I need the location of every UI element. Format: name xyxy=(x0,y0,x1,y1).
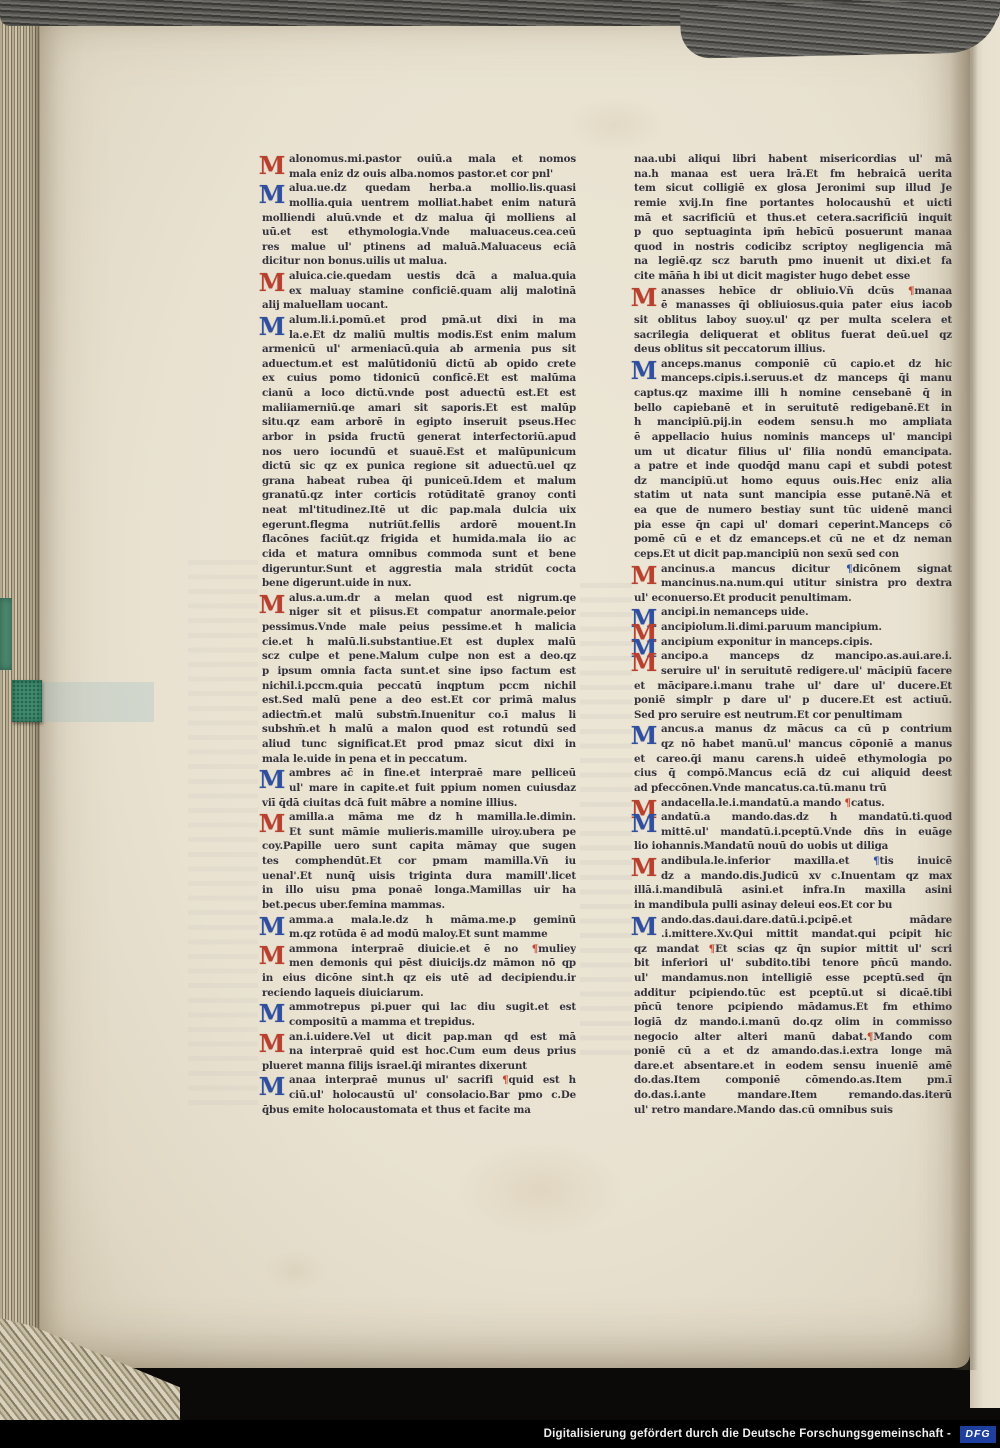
text-line: maliiamerniū.qe amari sit saporis.Et est… xyxy=(262,401,576,416)
caption-bar: Digitalisierung gefördert durch die Deut… xyxy=(0,1420,1000,1448)
text-line: na interpraē quid est hoc.Cum eum deus p… xyxy=(262,1044,576,1059)
dictionary-entry: Mamma.a mala.le.dz h māma.me.p geminūm.q… xyxy=(262,913,576,942)
illuminated-initial: M xyxy=(257,1073,287,1101)
text-line: ul' econuerso.Et producit penultimam. xyxy=(634,591,952,606)
text-line: ad pfeccōnen.Vnde mancatus.ca.tū.manu tr… xyxy=(634,781,952,796)
dictionary-entry: Malum.li.i.pomū.et prod pmā.ut dixi in m… xyxy=(262,313,576,591)
text-line: bit inferiori ul' subdito.tibi tenore pn… xyxy=(634,956,952,971)
text-line: deus oblitus sit peccatorum illius. xyxy=(634,342,952,357)
text-line: pia esse q̄n capi ul' domari ceperint.Ma… xyxy=(634,518,952,533)
text-line: p quo septuaginta ipm̄ hebīcū posuerunt … xyxy=(634,225,952,240)
paragraph-mark: ¶ xyxy=(846,563,852,575)
text-line: ando.das.daui.dare.datū.i.pcipē.et mādar… xyxy=(634,913,952,928)
text-line: niger sit et piisus.Et compatur anormale… xyxy=(262,605,576,620)
illuminated-initial: M xyxy=(257,766,287,794)
text-line: do.das.Item componiē cōmendo.as.Item pm.… xyxy=(634,1073,952,1088)
text-line: seruire ul' in seruitutē redigere.ul' mā… xyxy=(634,664,952,679)
text-line: aliud tunc significat.Et prod pmaz sicut… xyxy=(262,737,576,752)
page-gutter-shadow xyxy=(950,14,978,1370)
text-line: ul' mare in capite.et fuit ppium nomen c… xyxy=(262,781,576,796)
text-line: ancipo.a manceps dz mancipo.as.aui.are.i… xyxy=(634,649,952,664)
book-photo: Malonomus.mi.pastor ouiū.a mala et nomos… xyxy=(0,0,1000,1420)
text-line: aluica.cie.quedam uestis dcā a malua.qui… xyxy=(262,269,576,284)
text-line: ancipi.in nemanceps uide. xyxy=(634,605,952,620)
dictionary-entry: Mancipi.in nemanceps uide. xyxy=(634,605,952,620)
text-line: a patre et inde quodq̄d manu capi et sub… xyxy=(634,459,952,474)
text-line: neat ml'titudinez.Itē ut dic pap.mala du… xyxy=(262,503,576,518)
paragraph-mark: ¶ xyxy=(873,855,879,867)
dictionary-entry: Mandacella.le.i.mandatū.a mando ¶catus. xyxy=(634,796,952,811)
text-line: ancipium exponitur in manceps.cipis. xyxy=(634,635,952,650)
text-column-right: naa.ubi aliqui libri habent misericordia… xyxy=(634,152,952,1117)
bookmark-stain xyxy=(42,682,154,722)
dictionary-entry: Mamilla.a māma me dz h mamilla.le.dimin.… xyxy=(262,810,576,912)
text-line: uū.et est ethymologia.Vnde maluaceus.cea… xyxy=(262,225,576,240)
dictionary-entry: Malonomus.mi.pastor ouiū.a mala et nomos… xyxy=(262,152,576,181)
text-line: alum.li.i.pomū.et prod pmā.ut dixi in ma xyxy=(262,313,576,328)
text-line: ea que de numero bestiay sunt tūc uidenē… xyxy=(634,503,952,518)
text-line: negocio alter alteri manū dabat.¶Mando c… xyxy=(634,1030,952,1045)
text-line: andatū.a mando.das.dz h mandatū.ti.quod xyxy=(634,810,952,825)
illuminated-initial: M xyxy=(257,913,287,941)
text-line: .i.mittere.Xv.Qui mittit mandat.qui pcip… xyxy=(634,927,952,942)
text-line: nichil.i.pccm.quia peccatū inqptum pccm … xyxy=(262,679,576,694)
paragraph-mark: ¶ xyxy=(532,943,538,955)
text-line: pessimus.Vnde male peius pessime.et h ma… xyxy=(262,620,576,635)
illuminated-initial: M xyxy=(257,269,287,297)
text-line: in mandibula pulli asinay deleui eos.Et … xyxy=(634,898,952,913)
text-line: ancipiolum.li.dimi.paruum mancipium. xyxy=(634,620,952,635)
text-line: granatū.qz inter corticis rotūditatē gra… xyxy=(262,488,576,503)
text-line: aduectum.et est malūtidoniū dictū ab opi… xyxy=(262,357,576,372)
illuminated-initial: M xyxy=(257,181,287,209)
text-line: cie.et h malū.li.substantiue.Et est dupl… xyxy=(262,635,576,650)
text-line: egerunt.flegma nutriūt.fellis ardorē mou… xyxy=(262,518,576,533)
text-line: cite mān̄a h ibi ut dicit magister hugo … xyxy=(634,269,952,284)
text-line: Sed pro seruire est neutrum.Et cor penul… xyxy=(634,708,952,723)
dictionary-entry: Mandatū.a mando.das.dz h mandatū.ti.quod… xyxy=(634,810,952,854)
text-line: situ.qz eam arborē in egipto inseruit ps… xyxy=(262,415,576,430)
text-line: anaa interpraē munus ul' sacrifi ¶quid e… xyxy=(262,1073,576,1088)
text-line: dictū sic qz ex punica regione sit aduec… xyxy=(262,459,576,474)
text-line: amilla.a māma me dz h mamilla.le.dimin. xyxy=(262,810,576,825)
text-line: plueret manna filijs israel.q̄i mirantes… xyxy=(262,1059,576,1074)
text-line: tem sicut colligiē ex glosa Jeronimi sup… xyxy=(634,181,952,196)
text-line: mittē.ul' mandatū.i.pceptū.Vnde dn̄s in … xyxy=(634,825,952,840)
text-line: alonomus.mi.pastor ouiū.a mala et nomos xyxy=(262,152,576,167)
dictionary-entry: Mancipo.a manceps dz mancipo.as.aui.are.… xyxy=(634,649,952,722)
text-line: andacella.le.i.mandatū.a mando ¶catus. xyxy=(634,796,952,811)
text-line: nos uero iocundū et suauē.Est et malūpun… xyxy=(262,445,576,460)
text-line: subshm̄.et h malū a malon quod est rotun… xyxy=(262,722,576,737)
illuminated-initial: M xyxy=(629,913,659,941)
dictionary-entry: Manceps.manus componiē cū capio.et dz hi… xyxy=(634,357,952,562)
text-line: ciū.ul' holocaustū ul' consolacio.Bar pm… xyxy=(262,1088,576,1103)
text-line: mala le.uide in pena et in peccatum. xyxy=(262,752,576,767)
paragraph-mark: ¶ xyxy=(502,1074,508,1086)
illuminated-initial: M xyxy=(629,649,659,677)
text-line: bello capiebanē et in seruitutē redigeba… xyxy=(634,401,952,416)
text-line: armenicū ul' armeniacū.quia ab armenia p… xyxy=(262,342,576,357)
text-line: lio iohannis.Mandatū nouū do uobis ut di… xyxy=(634,839,952,854)
text-column-left: Malonomus.mi.pastor ouiū.a mala et nomos… xyxy=(262,152,576,1117)
ink-showthrough xyxy=(188,560,258,1105)
text-line: statim ut nata sunt mancipia esse putanē… xyxy=(634,488,952,503)
text-line: in eius dicōne sint.h qz eis utē ad deci… xyxy=(262,971,576,986)
illuminated-initial: M xyxy=(257,810,287,838)
text-line: compositū a mamma et trepidus. xyxy=(262,1015,576,1030)
text-line: anasses hebīce dr obliuio.Vn̄ dcūs ¶mana… xyxy=(634,284,952,299)
dictionary-entry: Mancinus.a mancus dicitur ¶dicōnem signa… xyxy=(634,562,952,606)
text-line: m.qz rotūda ē ad modū maloy.Et sunt mamm… xyxy=(262,927,576,942)
text-line: manceps.cipis.i.seruus.et dz manceps q̄i… xyxy=(634,371,952,386)
text-line: ul' mandamus.non intelligiē esse pceptū.… xyxy=(634,971,952,986)
illuminated-initial: M xyxy=(257,591,287,619)
dictionary-entry: Mammona interpraē diuicie.et ē no ¶mulie… xyxy=(262,942,576,1001)
text-line: bet.pecus uber.femina mammas. xyxy=(262,898,576,913)
dictionary-entry: Mancipium exponitur in manceps.cipis. xyxy=(634,635,952,650)
text-line: an.i.uidere.Vel ut dicit pap.man qd est … xyxy=(262,1030,576,1045)
text-line: viī q̄dā ciuitas dcā fuit mābre a nomine… xyxy=(262,796,576,811)
illuminated-initial: M xyxy=(257,1030,287,1058)
illuminated-initial: M xyxy=(629,284,659,312)
illuminated-initial: M xyxy=(629,562,659,590)
paragraph-mark: ¶ xyxy=(867,1031,873,1043)
illuminated-initial: M xyxy=(257,152,287,180)
text-line: dicitur non bonus.uilis ut malua. xyxy=(262,254,576,269)
text-line: flacōnes faciūt.qz frigida et humida.mal… xyxy=(262,532,576,547)
dictionary-entry: Manasses hebīce dr obliuio.Vn̄ dcūs ¶man… xyxy=(634,284,952,357)
illuminated-initial: M xyxy=(257,942,287,970)
paragraph-mark: ¶ xyxy=(845,797,851,809)
text-line: ancus.a manus dz mācus ca cū p contrium xyxy=(634,722,952,737)
text-line: in illo uisu pma ponaē longa.Mamillas ui… xyxy=(262,883,576,898)
text-line: men demonis qui pēst diuicijs.dz māmon n… xyxy=(262,956,576,971)
caption-text: Digitalisierung gefördert durch die Deut… xyxy=(544,1428,951,1440)
text-line: alua.ue.dz quedam herba.a mollio.lis.qua… xyxy=(262,181,576,196)
text-line: ē manasses q̄i obliuiosus.quia pater eiu… xyxy=(634,298,952,313)
text-line: additur pcipiendo.tūc est pceptū.ut si d… xyxy=(634,986,952,1001)
bookmark-tab xyxy=(12,680,42,722)
text-line: na.h manaa est uera lrā.Et fm hebraicā u… xyxy=(634,167,952,182)
text-line: et careo.q̄i manu carens.h uideē ethymol… xyxy=(634,752,952,767)
bookmark-tab xyxy=(0,598,12,670)
text-line: qz nō habet manū.ul' mancus cōponiē a ma… xyxy=(634,737,952,752)
text-line: cida et matura omnibus commoda sunt et b… xyxy=(262,547,576,562)
text-line: arbor in psida fructū generat interfecto… xyxy=(262,430,576,445)
digitized-manuscript-screenshot: Malonomus.mi.pastor ouiū.a mala et nomos… xyxy=(0,0,1000,1448)
text-line: molliendi aluū.vnde et dz malua q̄i moll… xyxy=(262,211,576,226)
parchment-stain xyxy=(420,1120,660,1260)
text-line: mā et sacrificiū et thus.et cetera.sacri… xyxy=(634,211,952,226)
dictionary-entry: Mancipiolum.li.dimi.paruum mancipium. xyxy=(634,620,952,635)
text-line: bene digerunt.uide in nux. xyxy=(262,576,576,591)
dictionary-entry: Mancus.a manus dz mācus ca cū p contrium… xyxy=(634,722,952,795)
dictionary-entry: Malus.a.um.dr a melan quod est nigrum.qe… xyxy=(262,591,576,767)
dictionary-entry: Mambres ac̄ in fine.et interpraē mare pe… xyxy=(262,766,576,810)
text-line: est.Sed malū pene a deo est.Et cor primā… xyxy=(262,693,576,708)
text-line: mancinus.na.num.qui utitur sinistra pro … xyxy=(634,576,952,591)
text-line: pomē cū e et dz emanceps.et cū ne et dz … xyxy=(634,532,952,547)
text-line: remie xvij.In fine portantes holocaushū … xyxy=(634,196,952,211)
dictionary-entry: Man.i.uidere.Vel ut dicit pap.man qd est… xyxy=(262,1030,576,1074)
illuminated-initial: M xyxy=(257,1000,287,1028)
dictionary-entry: Mando.das.daui.dare.datū.i.pcipē.et māda… xyxy=(634,913,952,1118)
text-line: sit oblitus laboy suoy.ul' qz per multa … xyxy=(634,313,952,328)
text-line: ambres ac̄ in fine.et interpraē mare pel… xyxy=(262,766,576,781)
text-line: um ut dicatur filius ul' filia nondū ema… xyxy=(634,445,952,460)
text-line: ammotrepus pi.puer qui lac diu sugit.et … xyxy=(262,1000,576,1015)
text-line: ex maluay stamine conficiē.quam alij mal… xyxy=(262,284,576,299)
text-line: grana habeat rubea q̄i puniceū.Idem et m… xyxy=(262,474,576,489)
text-line: sacrilegia deliquerat et oblitus fuerat … xyxy=(634,328,952,343)
text-line: na legiē.qz scz baruth pmo inuenit ut di… xyxy=(634,254,952,269)
text-line: ē appellacio huius nominis manceps ul' m… xyxy=(634,430,952,445)
paragraph-mark: ¶ xyxy=(908,285,914,297)
text-line: et mācipare.i.manu trahe ul' dare ul' du… xyxy=(634,679,952,694)
text-line: captus.qz maxime illi h nomine censebanē… xyxy=(634,386,952,401)
text-line: adiectm̄.et malū substm̄.Inuenitur co.ī … xyxy=(262,708,576,723)
text-line: Et sunt māmie mulieris.mamille uiroy.ube… xyxy=(262,825,576,840)
illuminated-initial: M xyxy=(629,722,659,750)
illuminated-initial: M xyxy=(629,357,659,385)
text-line: mollia.quia uentrem molliat.habet enim n… xyxy=(262,196,576,211)
text-line: anceps.manus componiē cū capio.et dz hic xyxy=(634,357,952,372)
text-line: la.e.Et dz maliū multis modis.Est enim m… xyxy=(262,328,576,343)
text-line: digeruntur.Sunt et aggrestia mala stridū… xyxy=(262,562,576,577)
text-line: dz mancipiū.ut homo equus ouis.Hec eniz … xyxy=(634,474,952,489)
text-line: tes comphendūt.Et cor pmam mamilla.Vn̄ i… xyxy=(262,854,576,869)
paragraph-mark: ¶ xyxy=(709,943,715,955)
ink-showthrough xyxy=(580,575,632,1055)
text-line: alus.a.um.dr a melan quod est nigrum.qe xyxy=(262,591,576,606)
illuminated-initial: M xyxy=(257,313,287,341)
text-line: cianū a loco dictū.vnde post aduectū est… xyxy=(262,386,576,401)
dictionary-entry: Malua.ue.dz quedam herba.a mollio.lis.qu… xyxy=(262,181,576,269)
text-line: qz mandat ¶Et scias qz q̄n supior mittit… xyxy=(634,942,952,957)
text-line: pn̄cū tenore pcipiendo mādamus.Et fm eth… xyxy=(634,1000,952,1015)
dfg-logo: DFG xyxy=(960,1426,996,1443)
text-line: dare.et absentare.et in eodem sensu inue… xyxy=(634,1059,952,1074)
dictionary-entry: Mandibula.le.inferior maxilla.et ¶tis in… xyxy=(634,854,952,913)
text-line: h mancipiū.pij.in eodem sensu.h mo ampli… xyxy=(634,415,952,430)
text-line: q̄bus emite holocaustomata et thus et fa… xyxy=(262,1103,576,1118)
text-line: poniē cū a et dz amando.das.i.extra long… xyxy=(634,1044,952,1059)
text-line: logiā dz mando.i.manū do.qz olim in comm… xyxy=(634,1015,952,1030)
illuminated-initial: M xyxy=(629,810,659,838)
text-line: p ipsum omnia facta sunt.et sine ipso fa… xyxy=(262,664,576,679)
dictionary-entry: naa.ubi aliqui libri habent misericordia… xyxy=(634,152,952,284)
text-line: ancinus.a mancus dicitur ¶dicōnem signat xyxy=(634,562,952,577)
text-line: alij maluellam uocant. xyxy=(262,298,576,313)
text-line: naa.ubi aliqui libri habent misericordia… xyxy=(634,152,952,167)
text-line: ceps.Et ut dicit pap.mancipiū non sexū s… xyxy=(634,547,952,562)
illuminated-initial: M xyxy=(629,854,659,882)
text-line: do.das.i.ante mandare.Item remando.das.i… xyxy=(634,1088,952,1103)
text-line: andibula.le.inferior maxilla.et ¶tis inu… xyxy=(634,854,952,869)
text-line: illā.i.mandibulā asini.et infra.In maxil… xyxy=(634,883,952,898)
text-line: scz culpe et pene.Malum culpe non est a … xyxy=(262,649,576,664)
top-page-edges-right xyxy=(680,0,1000,59)
dictionary-entry: Mammotrepus pi.puer qui lac diu sugit.et… xyxy=(262,1000,576,1029)
dictionary-entry: Maluica.cie.quedam uestis dcā a malua.qu… xyxy=(262,269,576,313)
text-line: dz a mando.dis.Judicū xv c.Inuentam qz m… xyxy=(634,869,952,884)
text-line: amma.a mala.le.dz h māma.me.p geminū xyxy=(262,913,576,928)
text-line: coy.Papille uero sunt capita māmay que s… xyxy=(262,839,576,854)
text-line: poniē simplr p dare ul' p ducere.Et est … xyxy=(634,693,952,708)
text-line: cius q̄ compō.Mancus eciā dz cui aliquid… xyxy=(634,766,952,781)
text-line: quod in nostris codicibz scriptoy neglig… xyxy=(634,240,952,255)
text-line: uenal'.Et nunq̄ uisis triginta dura mami… xyxy=(262,869,576,884)
text-line: mala eniz dz ouis alba.nomos pastor.et c… xyxy=(262,167,576,182)
text-line: ammona interpraē diuicie.et ē no ¶muliey xyxy=(262,942,576,957)
text-line: ul' retro mandare.Mando das.cū omnibus s… xyxy=(634,1103,952,1118)
dictionary-entry: Manaa interpraē munus ul' sacrifi ¶quid … xyxy=(262,1073,576,1117)
text-line: res malue ul' ptinens ad maluā.Maluaceus… xyxy=(262,240,576,255)
text-line: reciendo laqueis diuiciarum. xyxy=(262,986,576,1001)
text-line: ex cuius pomo tidonicū conficē.Et est ma… xyxy=(262,371,576,386)
parchment-stain xyxy=(250,1240,340,1300)
